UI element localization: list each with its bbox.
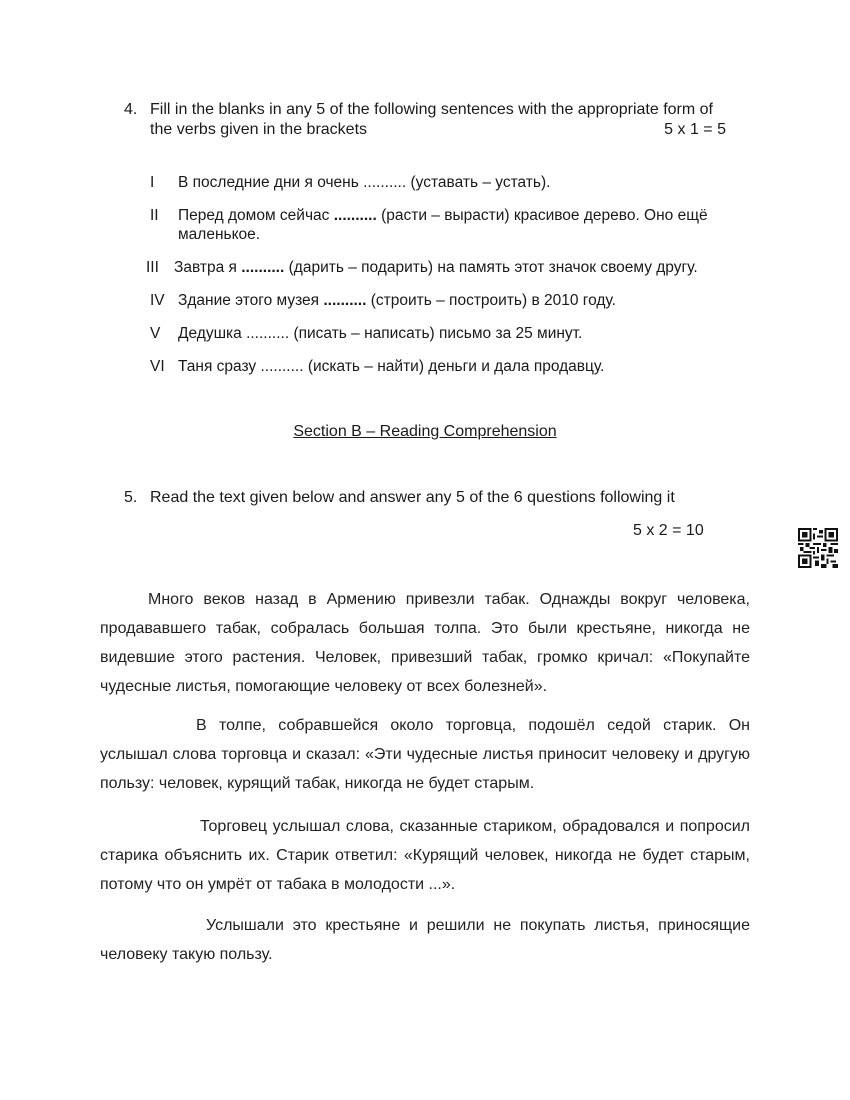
reading-paragraph: В толпе, собравшейся около торговца, под… — [100, 711, 750, 798]
reading-paragraph: Торговец услышал слова, сказанные старик… — [100, 812, 750, 899]
item-numeral: V — [150, 324, 160, 343]
reading-paragraph: Много веков назад в Армению привезли таб… — [100, 585, 750, 701]
question-marks: 5 x 2 = 10 — [633, 522, 704, 540]
item-numeral: III — [146, 258, 159, 277]
sentence-end: (искать – найти) деньги и дала продавцу. — [304, 358, 605, 375]
sentence-end: (уставать – устать). — [406, 174, 550, 191]
item-sentence: В последние дни я очень .......... (уста… — [178, 173, 753, 192]
sentence-start: Перед домом сейчас — [178, 207, 334, 224]
sentence-end: (писать – написать) письмо за 25 минут. — [289, 325, 582, 342]
blank: .......... — [363, 174, 406, 191]
sentence-start: Завтра я — [174, 259, 241, 276]
item-sentence: Дедушка .......... (писать – написать) п… — [178, 324, 753, 343]
sentence-start: В последние дни я очень — [178, 174, 363, 191]
blank: .......... — [323, 292, 366, 309]
blank: .......... — [260, 358, 303, 375]
blank: .......... — [241, 259, 284, 276]
item-numeral: I — [150, 173, 154, 192]
qr-code-icon — [798, 528, 838, 568]
sentence-end: (строить – построить) в 2010 году. — [366, 292, 616, 309]
blank: .......... — [246, 325, 289, 342]
item-numeral: VI — [150, 357, 165, 376]
sentence-start: Дедушка — [178, 325, 246, 342]
item-sentence: Здание этого музея .......... (строить –… — [178, 291, 753, 310]
reading-paragraph: Услышали это крестьяне и решили не покуп… — [100, 911, 750, 969]
item-sentence: Перед домом сейчас .......... (расти – в… — [178, 206, 753, 244]
question-marks: 5 x 1 = 5 — [664, 120, 726, 140]
blank: .......... — [334, 207, 377, 224]
question-number: 5. — [124, 489, 137, 507]
question-instruction: Read the text given below and answer any… — [150, 489, 675, 507]
sentence-end: (дарить – подарить) на память этот значо… — [284, 259, 697, 276]
item-numeral: II — [150, 206, 159, 225]
section-title: Section B – Reading Comprehension — [0, 423, 850, 441]
instruction-line-1: Fill in the blanks in any 5 of the follo… — [150, 100, 754, 120]
sentence-start: Здание этого музея — [178, 292, 323, 309]
question-number: 4. — [124, 100, 137, 120]
item-sentence: Завтра я .......... (дарить – подарить) … — [174, 258, 749, 277]
sentence-start: Таня сразу — [178, 358, 260, 375]
item-sentence: Таня сразу .......... (искать – найти) д… — [178, 357, 753, 376]
item-numeral: IV — [150, 291, 165, 310]
